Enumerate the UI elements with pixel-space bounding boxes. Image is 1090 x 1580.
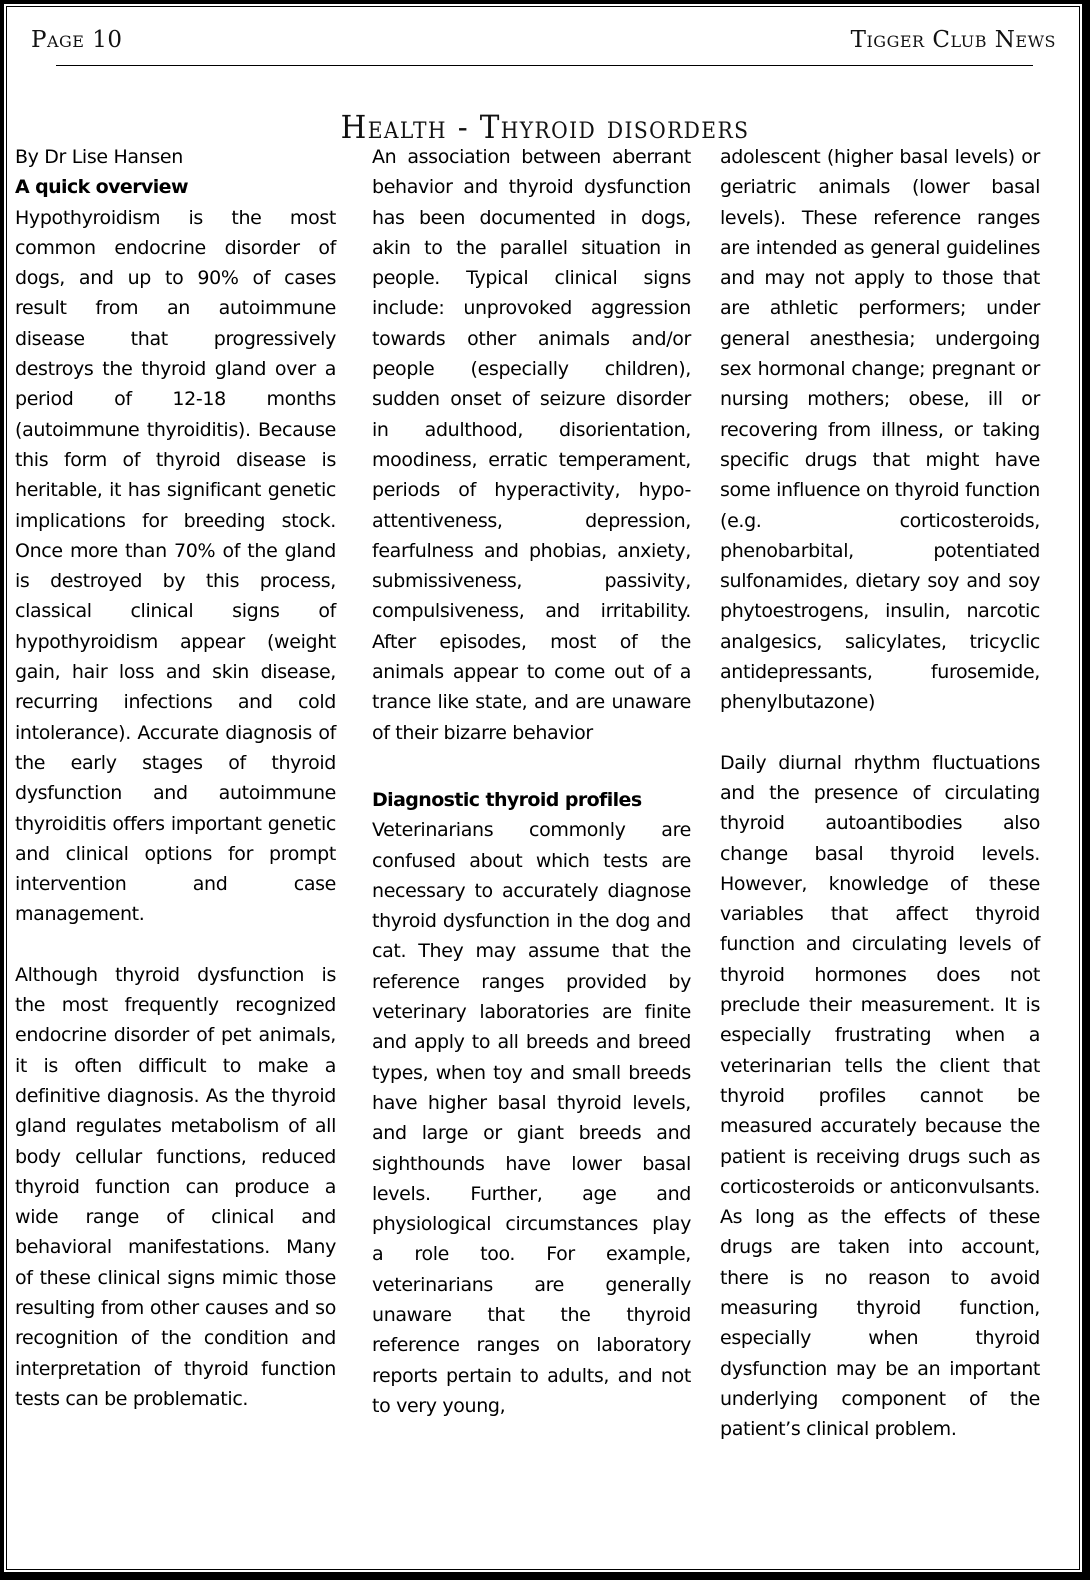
- paragraph-spacer: [720, 718, 1040, 748]
- paragraph-overview-1: Hypothyroidism is the most common endocr…: [15, 203, 336, 930]
- paragraph-diagnostic-1-continued: adolescent (higher basal levels) or geri…: [720, 142, 1040, 718]
- byline: By Dr Lise Hansen: [15, 142, 336, 172]
- section-heading-diagnostic: Diagnostic thyroid profiles: [372, 785, 691, 815]
- paragraph-spacer: [372, 748, 691, 785]
- paragraph-overview-2: Although thyroid dysfunction is the most…: [15, 960, 336, 1414]
- column-1: By Dr Lise Hansen A quick overview Hypot…: [15, 142, 336, 1414]
- article-title: Health - Thyroid disorders: [44, 109, 1047, 145]
- paragraph-overview-3: An association between aberrant behavior…: [372, 142, 691, 748]
- paragraph-diagnostic-2: Daily diurnal rhythm fluctuations and th…: [720, 748, 1040, 1445]
- paragraph-spacer: [15, 930, 336, 960]
- paragraph-diagnostic-1: Veterinarians commonly are confused abou…: [372, 815, 691, 1421]
- section-heading-overview: A quick overview: [15, 172, 336, 202]
- header-divider: [56, 65, 1033, 66]
- column-3: adolescent (higher basal levels) or geri…: [720, 142, 1040, 1444]
- column-2: An association between aberrant behavior…: [372, 142, 691, 1421]
- publication-name: Tigger Club News: [851, 26, 1056, 54]
- page-number: Page 10: [31, 26, 123, 54]
